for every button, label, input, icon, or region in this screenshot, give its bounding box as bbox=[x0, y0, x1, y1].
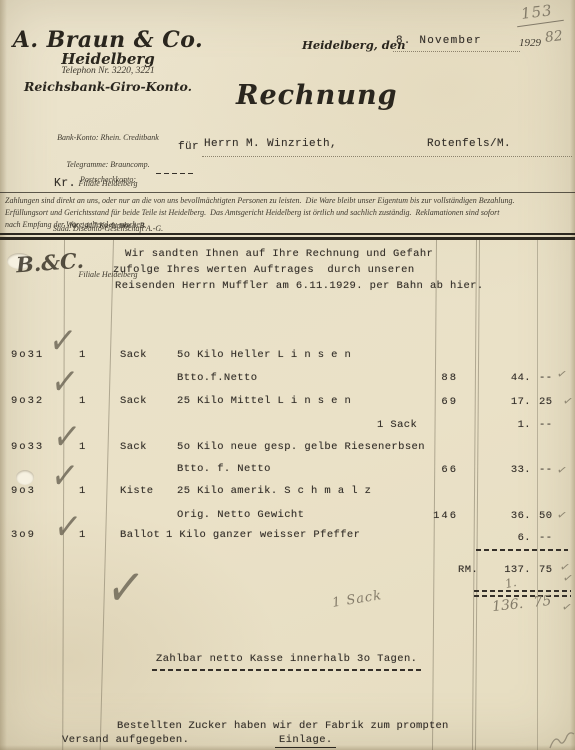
table-top-rule-thick bbox=[0, 237, 575, 240]
item-note-price-pf: -- bbox=[539, 419, 552, 431]
item-number: 3o9 bbox=[11, 529, 36, 541]
terms-line: Erfüllungsort und Gerichtsstand für beid… bbox=[5, 208, 500, 217]
item-price-mark: 44. bbox=[511, 372, 531, 384]
item-unit: Ballot bbox=[120, 529, 160, 541]
item-price-pf: 25 bbox=[539, 396, 552, 408]
recipient-name: Herrn M. Winzrieth, bbox=[204, 138, 337, 150]
invoice-title: Rechnung bbox=[236, 80, 397, 111]
item-qty: 1 bbox=[79, 395, 86, 407]
intro-line: zufolge Ihres werten Auftrages durch uns… bbox=[113, 264, 415, 276]
total-mark: 137. bbox=[504, 564, 531, 576]
item-weight: 146 bbox=[433, 510, 458, 522]
year-annotation: 82 bbox=[544, 28, 564, 46]
footer-line-1: Bestellten Zucker haben wir der Fabrik z… bbox=[117, 720, 449, 732]
pencil-sack-note: 1 Sack bbox=[331, 588, 383, 611]
item-number: 9o31 bbox=[11, 349, 44, 361]
item-price-mark: 6. bbox=[518, 532, 531, 544]
item-desc: 25 Kilo amerik. S c h m a l z bbox=[177, 485, 371, 497]
item-weight: 69 bbox=[441, 396, 458, 408]
item-desc: 25 Kilo Mittel L i n s e n bbox=[177, 395, 351, 407]
recipient-leader-line bbox=[202, 155, 572, 157]
item-unit: Sack bbox=[120, 395, 147, 407]
item-subline: Btto. f. Netto bbox=[177, 463, 271, 475]
punch-hole-bottom bbox=[16, 470, 34, 485]
item-unit: Sack bbox=[120, 441, 147, 453]
monogram-stamp: B.&C. bbox=[15, 248, 84, 278]
column-line-pfennig bbox=[537, 240, 538, 750]
total-dashed-rule bbox=[476, 549, 568, 551]
big-checkmark: ✓ bbox=[103, 553, 148, 621]
bank-heading: Reichsbank-Giro-Konto. bbox=[10, 79, 206, 94]
phone-line: Telephon Nr. 3220, 3221 bbox=[10, 66, 206, 76]
item-unit: Kiste bbox=[120, 485, 154, 497]
item-qty: 1 bbox=[79, 485, 86, 497]
item-price-pf: -- bbox=[539, 464, 552, 476]
item-note: 1 Sack bbox=[377, 419, 417, 431]
price-checkmark: ✓ bbox=[556, 507, 569, 523]
total-currency: RM. bbox=[458, 564, 478, 576]
total-pf: 75 bbox=[539, 564, 552, 576]
item-weight: 88 bbox=[441, 372, 458, 384]
intro-line: Wir sandten Ihnen auf Ihre Rechnung und … bbox=[125, 248, 433, 260]
item-desc: 1 Kilo ganzer weisser Pfeffer bbox=[166, 529, 360, 541]
page-number-annotation: 153 bbox=[520, 1, 554, 23]
date-leader-line bbox=[393, 50, 520, 52]
date-place-label: Heidelberg, den bbox=[302, 38, 405, 52]
item-desc: 5o Kilo neue gesp. gelbe Riesenerbsen bbox=[177, 441, 425, 453]
price-checkmark: ✓ bbox=[556, 366, 569, 382]
date-day-typed: 8. November bbox=[396, 35, 482, 47]
item-subline: Orig. Netto Gewicht bbox=[177, 509, 304, 521]
item-note-price-mark: 1. bbox=[518, 419, 531, 431]
pencil-correction-one: 1. bbox=[504, 575, 518, 591]
footer-line-2: Versand aufgegeben. bbox=[62, 734, 189, 746]
row-checkmark: ✓ bbox=[49, 358, 81, 407]
item-qty: 1 bbox=[79, 349, 86, 361]
item-price-pf: -- bbox=[539, 532, 552, 544]
terms-top-rule bbox=[0, 192, 575, 193]
recipient-prefix: für bbox=[178, 141, 199, 153]
enclosure-underline bbox=[275, 747, 336, 748]
item-weight: 66 bbox=[441, 464, 458, 476]
item-subline: Btto.f.Netto bbox=[177, 372, 257, 384]
item-unit: Sack bbox=[120, 349, 147, 361]
telegram-line: Telegramme: Brauncomp. bbox=[10, 160, 206, 169]
item-price-pf: -- bbox=[539, 372, 552, 384]
terms-line: Zahlungen sind direkt an uns, oder nur a… bbox=[5, 196, 515, 205]
payment-note-underline bbox=[152, 669, 424, 671]
enclosure-label: Einlage. bbox=[279, 734, 333, 746]
item-price-mark: 36. bbox=[511, 510, 531, 522]
letterhead-divider-dashes bbox=[156, 173, 194, 174]
column-line-weight bbox=[432, 240, 437, 750]
item-number: 9o32 bbox=[11, 395, 44, 407]
item-price-pf: 50 bbox=[539, 510, 552, 522]
paper-edge-left bbox=[0, 0, 7, 750]
item-number: 9o3 bbox=[11, 485, 36, 497]
postal-line: Postscheckkonto: bbox=[10, 175, 206, 185]
paper-edge-right bbox=[570, 0, 575, 750]
price-checkmark: ✓ bbox=[556, 462, 569, 478]
item-price-mark: 33. bbox=[511, 464, 531, 476]
pencil-squiggle bbox=[548, 728, 575, 750]
item-number: 9o33 bbox=[11, 441, 44, 453]
table-top-rule-thin bbox=[0, 233, 575, 235]
payment-note: Zahlbar netto Kasse innerhalb 3o Tagen. bbox=[156, 653, 417, 665]
row-checkmark: ✓ bbox=[52, 503, 84, 552]
column-line-qty bbox=[100, 240, 114, 750]
item-price-mark: 17. bbox=[511, 396, 531, 408]
item-qty: 1 bbox=[79, 441, 86, 453]
recipient-city: Rotenfels/M. bbox=[427, 138, 511, 150]
terms-line: nach Empfang der Ware geltend zu machen. bbox=[5, 220, 146, 229]
item-qty: 1 bbox=[79, 529, 86, 541]
currency-kr-label: Kr. bbox=[54, 177, 76, 190]
date-year-printed: 1929 bbox=[519, 37, 541, 49]
invoice-page: A. Braun & Co. Heidelberg Telephon Nr. 3… bbox=[0, 0, 575, 750]
total-double-rule-a bbox=[474, 590, 571, 592]
intro-line: Reisenden Herrn Muffler am 6.11.1929. pe… bbox=[115, 280, 484, 292]
row-checkmark: ✓ bbox=[49, 452, 81, 501]
item-desc: 5o Kilo Heller L i n s e n bbox=[177, 349, 351, 361]
